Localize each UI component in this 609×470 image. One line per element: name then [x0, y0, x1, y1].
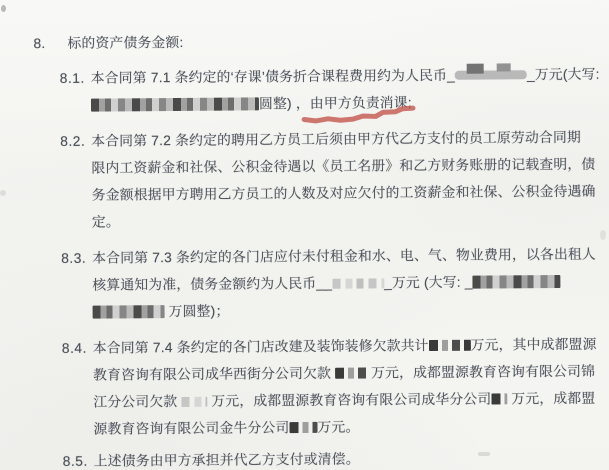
redaction-blocks: [429, 340, 471, 351]
contract-text: 本合同第 7.1 条约定的‘存课’债务折合课程费用约为人民币_: [91, 68, 455, 86]
contract-text: 江分公司欠款: [93, 394, 181, 410]
contract-sheet: 8. 标的资产债务金额: 8.1.本合同第 7.1 条约定的‘存课’债务折合课程…: [0, 0, 609, 470]
contract-item-8-5-: 8.5.上述债务由甲方承担并代乙方支付或清偿。: [94, 444, 609, 470]
contract-line: 本合同第 7.4 条约定的各门店改建及装饰装修欠款共计万元，其中成都盟源: [93, 331, 609, 362]
contract-item-8-1-: 8.1.本合同第 7.1 条约定的‘存课’债务折合课程费用约为人民币__万元(大…: [91, 61, 608, 119]
contract-text: 万圆整)；: [165, 304, 230, 320]
item-number: 8.4.: [62, 335, 87, 362]
contract-text: 万元，成都盟源教育咨询有限公司锦: [367, 364, 595, 381]
contract-text: 核算通知为准，债务金额约为人民币__: [92, 276, 332, 293]
contract-line: 本合同第 7.3 条约定的各门店应付未付租金和水、电、气、物业费用，以各出租人: [92, 241, 609, 272]
contract-text: 限内工资薪金和社保、公积金待遇以《员工名册》和乙方财务账册的记载查明，债: [91, 157, 595, 176]
contract-text: 万元，成都盟: [507, 391, 595, 407]
contract-line: 本合同第 7.2 条约定的聘用乙方员工后须由甲方代乙方支付的员工原劳动合同期: [91, 124, 608, 155]
section-header: 8. 标的资产债务金额:: [33, 26, 607, 58]
contract-text: 教育咨询有限公司成华西街分公司欠款: [93, 366, 335, 383]
contract-line: 万圆整)；: [92, 295, 609, 326]
red-underline-annotation: [301, 105, 417, 124]
scan-speck: [478, 452, 490, 456]
contract-text: _万元(大写:: [527, 67, 600, 83]
redaction-smudge: [455, 70, 527, 80]
redaction-faint: [332, 278, 384, 288]
contract-line: 上述债务由甲方承担并代乙方支付或清偿。: [94, 444, 609, 470]
redaction-blocks: [491, 393, 507, 404]
contract-text: 定。: [92, 214, 120, 229]
contract-text: 本合同第 7.2 条约定的聘用乙方员工后须由甲方代乙方支付的员工原劳动合同期: [91, 130, 581, 149]
contract-text: 万元，成都盟源教育咨询有限公司成华分公司: [207, 392, 491, 409]
contract-content: 8. 标的资产债务金额: 8.1.本合同第 7.1 条约定的‘存课’债务折合课程…: [0, 0, 609, 470]
contract-text: 万元。: [317, 420, 359, 435]
contract-item-8-3-: 8.3.本合同第 7.3 条约定的各门店应付未付租金和水、电、气、物业费用，以各…: [92, 241, 609, 326]
item-number: 8.1.: [60, 65, 85, 92]
scan-speck: [600, 230, 606, 240]
contract-item-8-4-: 8.4.本合同第 7.4 条约定的各门店改建及装饰装修欠款共计万元，其中成都盟源…: [93, 331, 609, 443]
contract-text: 上述债务由甲方承担并代乙方支付或清偿。: [94, 452, 360, 469]
contract-text: 圆整) ，: [259, 96, 310, 111]
contract-line: 教育咨询有限公司成华西街分公司欠款 万元，成都盟源教育咨询有限公司锦: [93, 358, 609, 389]
contract-line: 江分公司欠款 万元，成都盟源教育咨询有限公司成华分公司 万元，成都盟: [93, 385, 609, 416]
item-number: 8.5.: [63, 448, 88, 470]
contract-text: 源教育咨询有限公司金牛分公司: [93, 420, 289, 437]
scan-speck: [0, 190, 6, 196]
scan-speck: [1, 5, 6, 12]
contract-items: 8.1.本合同第 7.1 条约定的‘存课’债务折合课程费用约为人民币__万元(大…: [91, 61, 609, 470]
redaction-faint: [181, 397, 207, 407]
item-number: 8.2.: [60, 128, 85, 155]
contract-text: 万元，其中成都盟源: [471, 337, 597, 353]
contract-line: 核算通知为准，债务金额约为人民币___万元 (大写: _: [92, 268, 609, 299]
contract-text: 本合同第 7.3 条约定的各门店应付未付租金和水、电、气、物业费用，以各出租人: [92, 247, 596, 266]
contract-line: 圆整) ，由甲方负责消课;: [91, 88, 608, 119]
redaction-mosaic: [91, 97, 259, 111]
contract-line: 限内工资薪金和社保、公积金待遇以《员工名册》和乙方财务账册的记载查明，债: [91, 151, 608, 182]
section-number: 8.: [33, 30, 67, 57]
contract-item-8-2-: 8.2.本合同第 7.2 条约定的聘用乙方员工后须由甲方代乙方支付的员工原劳动合…: [91, 124, 609, 236]
contract-line: 定。: [92, 205, 609, 236]
contract-line: 务金额根据甲方聘用乙方员工的人数及对应欠付的工资薪金和社保、公积金待遇确: [92, 178, 609, 209]
section-title: 标的资产债务金额:: [67, 29, 183, 57]
contract-line: 源教育咨询有限公司金牛分公司万元。: [93, 412, 609, 443]
redaction-blocks: [289, 422, 317, 433]
contract-text: 本合同第 7.4 条约定的各门店改建及装饰装修欠款共计: [93, 338, 429, 356]
redaction-mosaic: [473, 275, 561, 289]
redaction-mosaic: [93, 305, 165, 319]
contract-text: 务金额根据甲方聘用乙方员工的人数及对应欠付的工资薪金和社保、公积金待遇确: [92, 184, 596, 203]
contract-line: 本合同第 7.1 条约定的‘存课’债务折合课程费用约为人民币__万元(大写:: [91, 61, 608, 92]
contract-text: _万元 (大写: _: [384, 275, 473, 291]
item-number: 8.3.: [61, 245, 86, 272]
redaction-blocks: [335, 368, 367, 379]
marked-text: 由甲方负责消课;: [310, 89, 412, 117]
